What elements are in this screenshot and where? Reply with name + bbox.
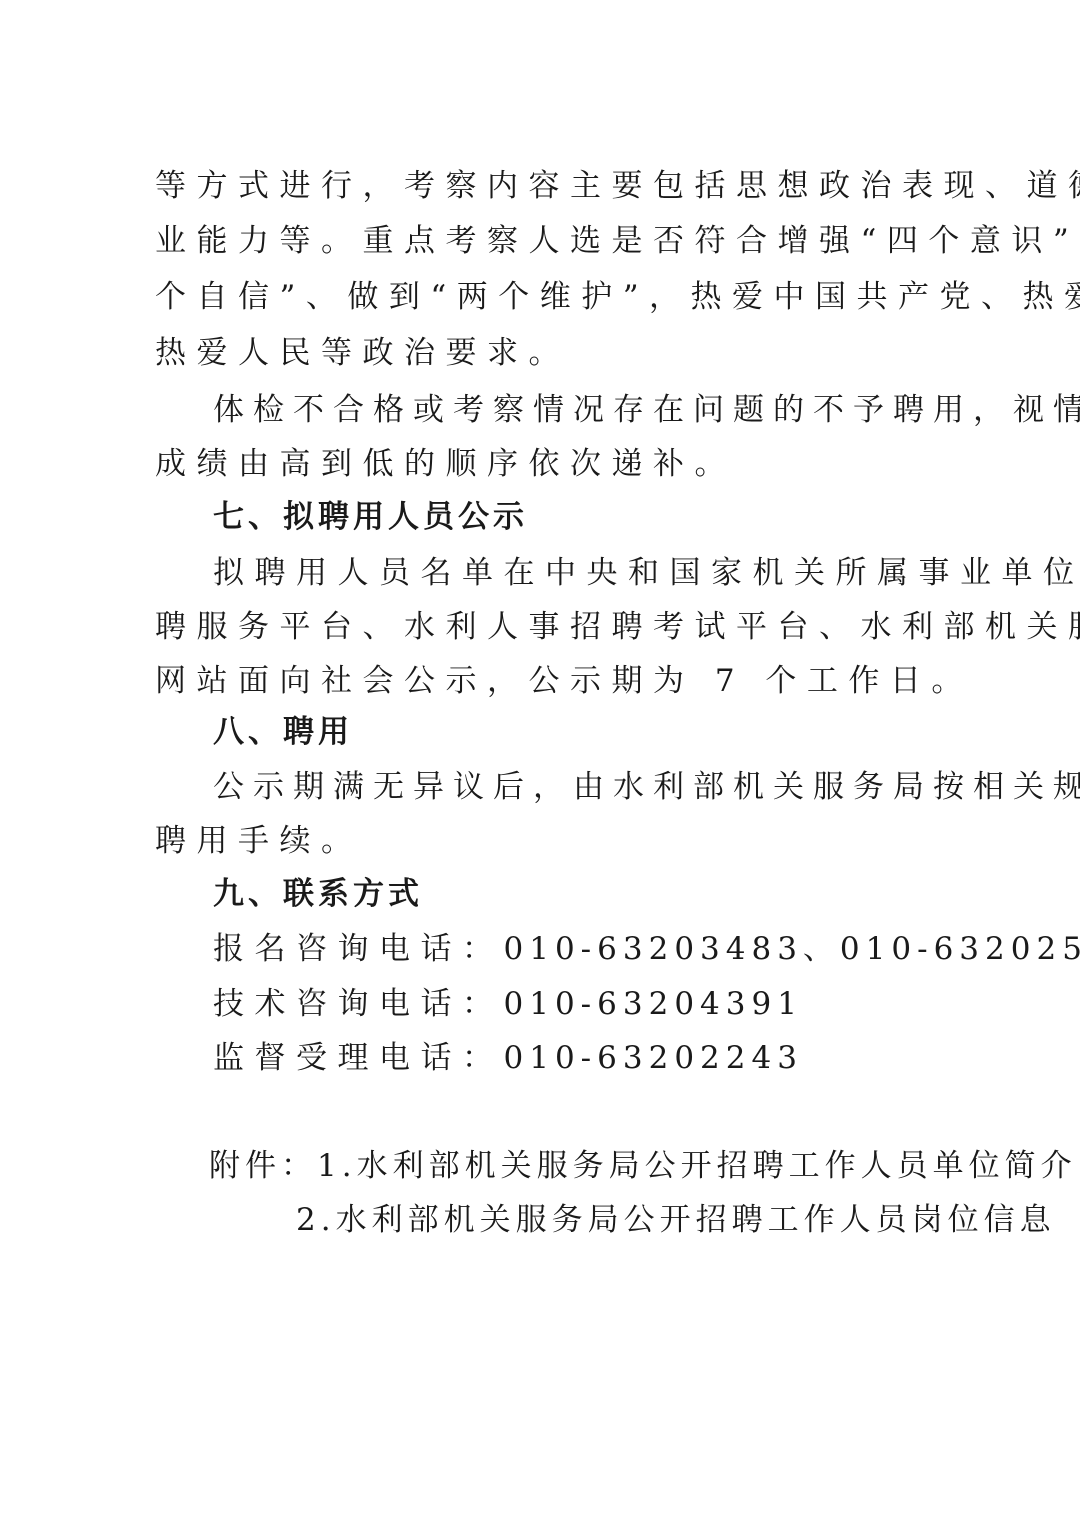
paragraph-line: 聘服务平台、水利人事招聘考试平台、水利部机关服务局官方 [155, 607, 930, 647]
paragraph-line: 个自信”、做到“两个维护”，热爱中国共产党、热爱祖国、 [155, 277, 930, 317]
attachment-title: 1.水利部机关服务局公开招聘工作人员单位简介 [317, 1148, 1077, 1184]
contact-phone: 010-63203483、010-63202559 [504, 931, 1080, 967]
paragraph-line: 公示期满无异议后，由水利部机关服务局按相关规定办理 [213, 767, 930, 807]
contact-label: 技术咨询电话： [213, 986, 504, 1022]
contact-label: 报名咨询电话： [213, 931, 504, 967]
paragraph-line: 体检不合格或考察情况存在问题的不予聘用，视情况按总 [213, 390, 930, 430]
attachment-item-1: 附件：1.水利部机关服务局公开招聘工作人员单位简介 [209, 1146, 984, 1186]
section-heading-9: 九、联系方式 [213, 874, 988, 914]
contact-phone: 010-63202243 [504, 1040, 803, 1076]
contact-row-technical: 技术咨询电话：010-63204391 [213, 984, 930, 1024]
document-page: 等方式进行，考察内容主要包括思想政治表现、道德品质、专 业能力等。重点考察人选是… [0, 0, 1080, 1527]
section-heading-8: 八、聘用 [213, 712, 988, 752]
contact-row-registration: 报名咨询电话：010-63203483、010-63202559 [213, 929, 930, 969]
contact-label: 监督受理电话： [213, 1040, 504, 1076]
paragraph-line: 拟聘用人员名单在中央和国家机关所属事业单位公开招 [213, 553, 930, 593]
attachment-label: 附件： [209, 1148, 317, 1184]
attachment-item-2: 2.水利部机关服务局公开招聘工作人员岗位信息 [296, 1200, 1071, 1240]
section-heading-7: 七、拟聘用人员公示 [213, 497, 988, 537]
paragraph-line: 网站面向社会公示，公示期为 7 个工作日。 [155, 661, 930, 701]
contact-row-supervision: 监督受理电话：010-63202243 [213, 1038, 930, 1078]
attachment-title: 2.水利部机关服务局公开招聘工作人员岗位信息 [296, 1202, 1056, 1238]
paragraph-line: 成绩由高到低的顺序依次递补。 [155, 444, 930, 484]
contact-phone: 010-63204391 [504, 986, 803, 1022]
paragraph-line: 业能力等。重点考察人选是否符合增强“四个意识”、坚定“四 [155, 221, 930, 261]
paragraph-line: 聘用手续。 [155, 821, 930, 861]
paragraph-line: 等方式进行，考察内容主要包括思想政治表现、道德品质、专 [155, 166, 930, 206]
paragraph-line: 热爱人民等政治要求。 [155, 333, 930, 373]
